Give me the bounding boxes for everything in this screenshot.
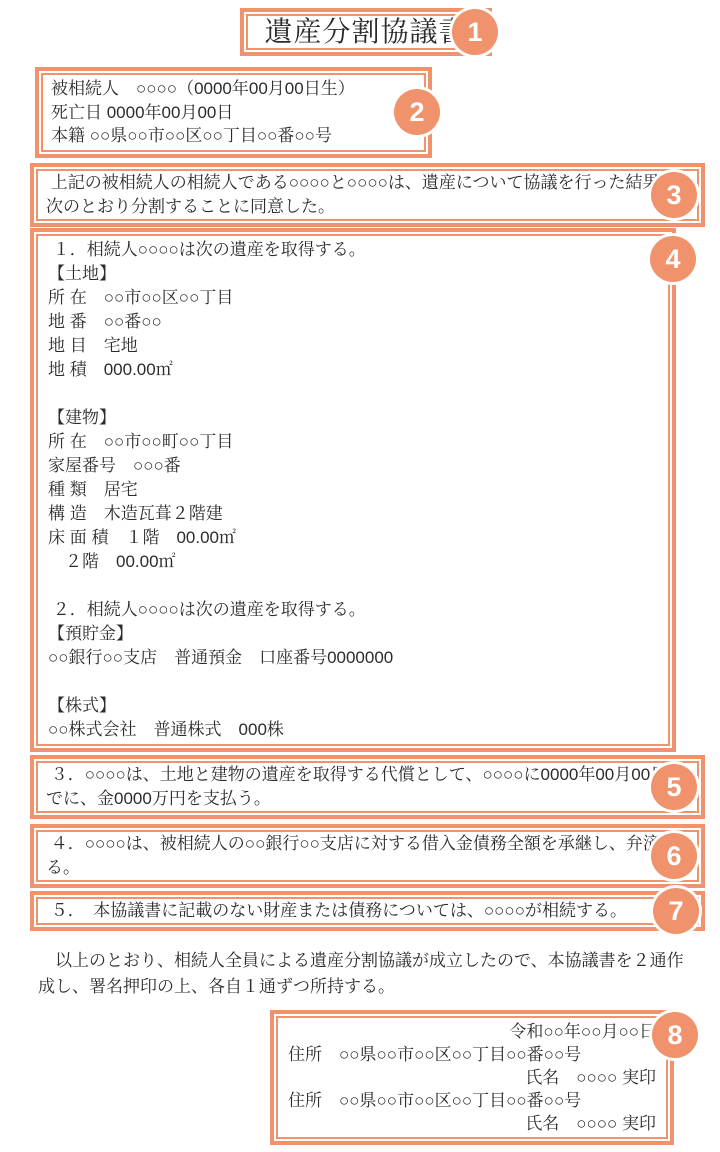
step-2-badge: 2 [394,89,440,135]
title-box: 遺産分割協議書 1 [240,8,492,56]
residual-clause-text: ５． 本協議書に記載のない財産または債務については、○○○○が相続する。 [46,899,689,923]
step-1-badge: 1 [452,9,498,55]
signature-name-2: 氏名 ○○○○ 実印 [288,1112,656,1135]
assets-clauses-box: １．相続人○○○○は次の遺産を取得する。 【土地】 所 在 ○○市○○区○○丁目… [30,228,676,752]
step-4-badge: 4 [650,236,696,282]
signature-name-1: 氏名 ○○○○ 実印 [288,1066,656,1089]
compensation-clause-box: ３．○○○○は、土地と建物の遺産を取得する代償として、○○○○に0000年00月… [30,755,705,819]
debt-clause-text: ４．○○○○は、被相続人の○○銀行○○支店に対する借入金債務全額を承継し、弁済す… [46,832,689,880]
step-6-badge: 6 [651,833,697,879]
residual-clause-box: ５． 本協議書に記載のない財産または債務については、○○○○が相続する。 7 [30,891,705,931]
step-5-badge: 5 [651,764,697,810]
preamble-box: 上記の被相続人の相続人である○○○○と○○○○は、遺産について協議を行った結果、… [30,163,705,227]
compensation-clause-text: ３．○○○○は、土地と建物の遺産を取得する代償として、○○○○に0000年00月… [46,763,689,811]
step-3-badge: 3 [651,172,697,218]
decedent-info-box: 被相続人 ○○○○（0000年00月00日生） 死亡日 0000年00月00日 … [35,67,432,158]
decedent-info-text: 被相続人 ○○○○（0000年00月00日生） 死亡日 0000年00月00日 … [51,77,416,148]
assets-clauses-text: １．相続人○○○○は次の遺産を取得する。 【土地】 所 在 ○○市○○区○○丁目… [48,238,658,742]
debt-clause-box: ４．○○○○は、被相続人の○○銀行○○支店に対する借入金債務全額を承継し、弁済す… [30,824,705,888]
signature-address-2: 住所 ○○県○○市○○区○○丁目○○番○○号 [288,1089,656,1112]
signature-address-1: 住所 ○○県○○市○○区○○丁目○○番○○号 [288,1043,656,1066]
inheritance-agreement-document: 遺産分割協議書 1 被相続人 ○○○○（0000年00月00日生） 死亡日 00… [0,0,720,1152]
preamble-text: 上記の被相続人の相続人である○○○○と○○○○は、遺産について協議を行った結果、… [46,171,689,219]
closing-paragraph: 以上のとおり、相続人全員による遺産分割協議が成立したので、本協議書を２通作成し、… [38,948,688,1000]
step-8-badge: 8 [652,1012,698,1058]
page-title: 遺産分割協議書 [252,16,480,48]
signature-date: 令和○○年○○月○○日 [288,1020,656,1043]
step-7-badge: 7 [653,888,699,934]
signature-box: 令和○○年○○月○○日 住所 ○○県○○市○○区○○丁目○○番○○号 氏名 ○○… [270,1010,674,1145]
